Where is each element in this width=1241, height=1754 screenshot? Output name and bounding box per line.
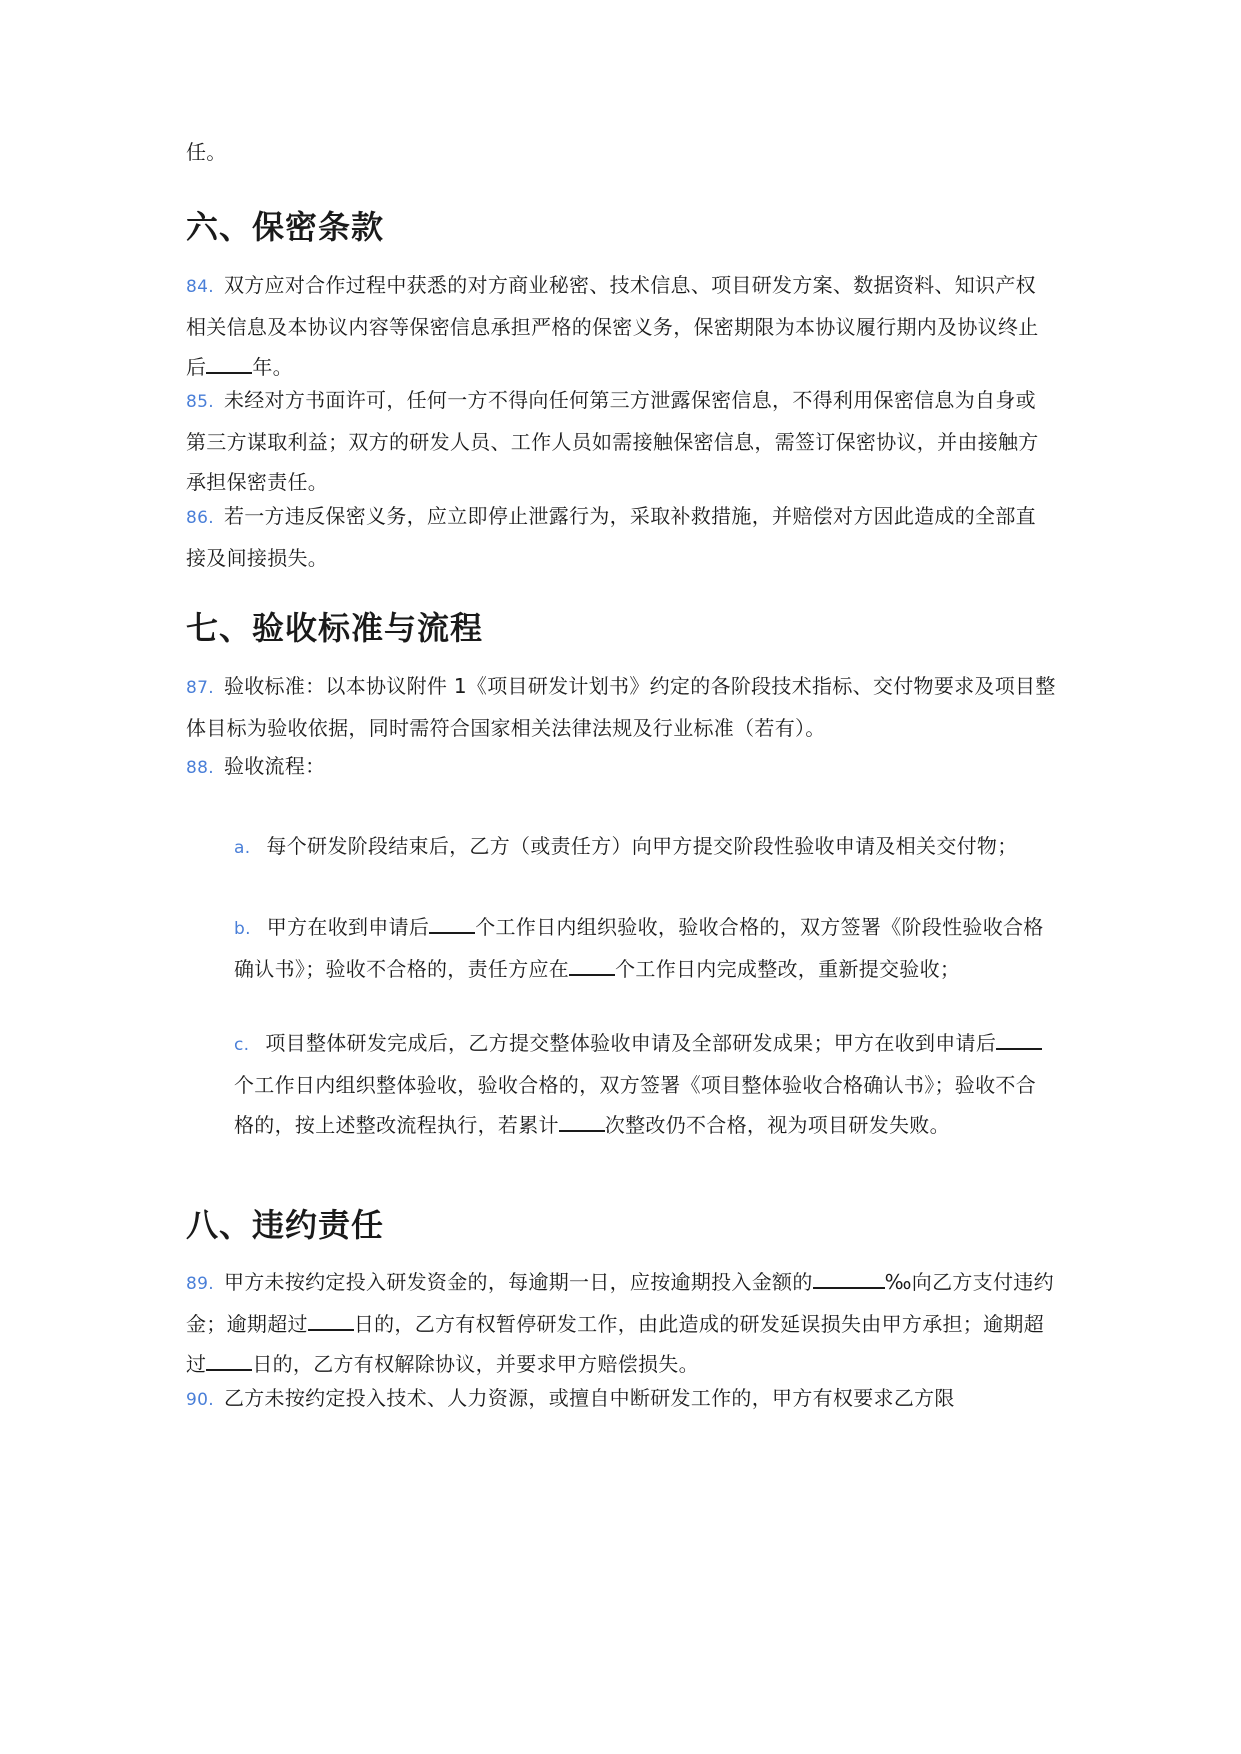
fill-in-blank[interactable] <box>569 954 615 976</box>
subclause-b: b.甲方在收到申请后个工作日内组织验收，验收合格的，双方签署《阶段性验收合格确认… <box>234 907 1056 989</box>
fill-in-blank[interactable] <box>429 912 475 934</box>
fill-in-blank[interactable] <box>308 1309 354 1331</box>
clause-89: 89.甲方未按约定投入研发资金的，每逾期一日，应按逾期投入金额的‰向乙方支付违约… <box>186 1262 1056 1384</box>
fill-in-blank[interactable] <box>996 1028 1042 1050</box>
clause-number: 84. <box>186 277 214 297</box>
clause-87: 87.验收标准：以本协议附件 1《项目研发计划书》约定的各阶段技术指标、交付物要… <box>186 666 1056 748</box>
subclause-letter: a. <box>234 838 250 858</box>
section-heading-confidentiality: 六、保密条款 <box>186 205 1056 249</box>
subclause-letter: c. <box>234 1035 249 1055</box>
fill-in-blank[interactable] <box>559 1110 605 1132</box>
clause-90: 90.乙方未按约定投入技术、人力资源，或擅自中断研发工作的，甲方有权要求乙方限 <box>186 1378 1056 1420</box>
subclause-a: a.每个研发阶段结束后，乙方（或责任方）向甲方提交阶段性验收申请及相关交付物； <box>234 826 1056 868</box>
clause-88: 88.验收流程： <box>186 746 1056 788</box>
clause-number: 86. <box>186 508 214 528</box>
section-heading-liability: 八、违约责任 <box>186 1203 1056 1247</box>
continuation-text: 任。 <box>186 132 1056 172</box>
subclause-c: c.项目整体研发完成后，乙方提交整体验收申请及全部研发成果；甲方在收到申请后个工… <box>234 1023 1056 1145</box>
section-heading-acceptance: 七、验收标准与流程 <box>186 606 1056 650</box>
fill-in-blank[interactable] <box>813 1267 885 1289</box>
clause-number: 87. <box>186 678 214 698</box>
fill-in-blank[interactable] <box>206 1349 252 1371</box>
subclause-letter: b. <box>234 919 251 939</box>
clause-number: 85. <box>186 392 214 412</box>
fill-in-blank[interactable] <box>206 352 252 374</box>
clause-number: 88. <box>186 758 214 778</box>
clause-85: 85.未经对方书面许可，任何一方不得向任何第三方泄露保密信息，不得利用保密信息为… <box>186 380 1056 502</box>
clause-number: 90. <box>186 1390 214 1410</box>
clause-84: 84.双方应对合作过程中获悉的对方商业秘密、技术信息、项目研发方案、数据资料、知… <box>186 265 1056 387</box>
clause-number: 89. <box>186 1274 214 1294</box>
clause-86: 86.若一方违反保密义务，应立即停止泄露行为，采取补救措施，并赔偿对方因此造成的… <box>186 496 1056 578</box>
